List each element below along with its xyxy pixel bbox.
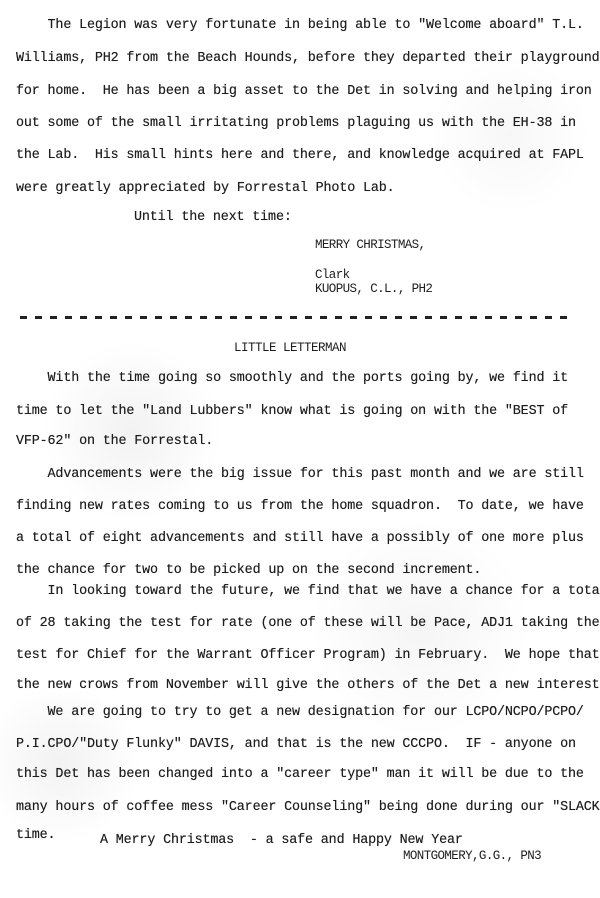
text-line: of 28 taking the test for rate (one of t… [16,616,600,632]
text-line: We are going to try to get a new designa… [16,705,584,721]
text-line: finding new rates coming to us from the … [16,499,584,515]
greeting: MERRY CHRISTMAS, [315,238,425,253]
text-line: this Det has been changed into a "career… [16,767,584,783]
text-line: Williams, PH2 from the Beach Hounds, bef… [16,51,600,67]
text-line: out some of the small irritating problem… [16,116,576,132]
text-line: a total of eight advancements and still … [16,531,584,547]
text-line: test for Chief for the Warrant Officer P… [16,648,600,664]
text-line: the new crows from November will give th… [16,678,600,694]
text-line: P.I.CPO/"Duty Flunky" DAVIS, and that is… [16,737,576,753]
signature-first-name: Clark [315,268,350,283]
signature-name: KUOPUS, C.L., PH2 [315,282,432,297]
section-title: LITTLE LETTERMAN [234,340,346,356]
holiday-closing: A Merry Christmas - a safe and Happy New… [100,833,463,849]
text-line: time to let the "Land Lubbers" know what… [16,404,568,420]
text-line: the chance for two to be picked up on th… [16,563,481,579]
text-line: time. [16,828,55,844]
text-line: for home. He has been a big asset to the… [16,84,592,100]
dashed-separator [20,316,574,319]
text-line: VFP-62" on the Forrestal. [16,434,213,450]
text-line: The Legion was very fortunate in being a… [16,18,584,34]
text-line: many hours of coffee mess "Career Counse… [16,800,600,816]
signature-name: MONTGOMERY,G.G., PN3 [403,849,541,864]
text-line: were greatly appreciated by Forrestal Ph… [16,181,395,197]
text-line: In looking toward the future, we find th… [16,584,600,600]
typewritten-newsletter-page: The Legion was very fortunate in being a… [0,0,600,898]
text-line: the Lab. His small hints here and there,… [16,148,584,164]
closing-line: Until the next time: [134,210,292,226]
text-line: Advancements were the big issue for this… [16,467,584,483]
text-line: With the time going so smoothly and the … [16,371,568,387]
